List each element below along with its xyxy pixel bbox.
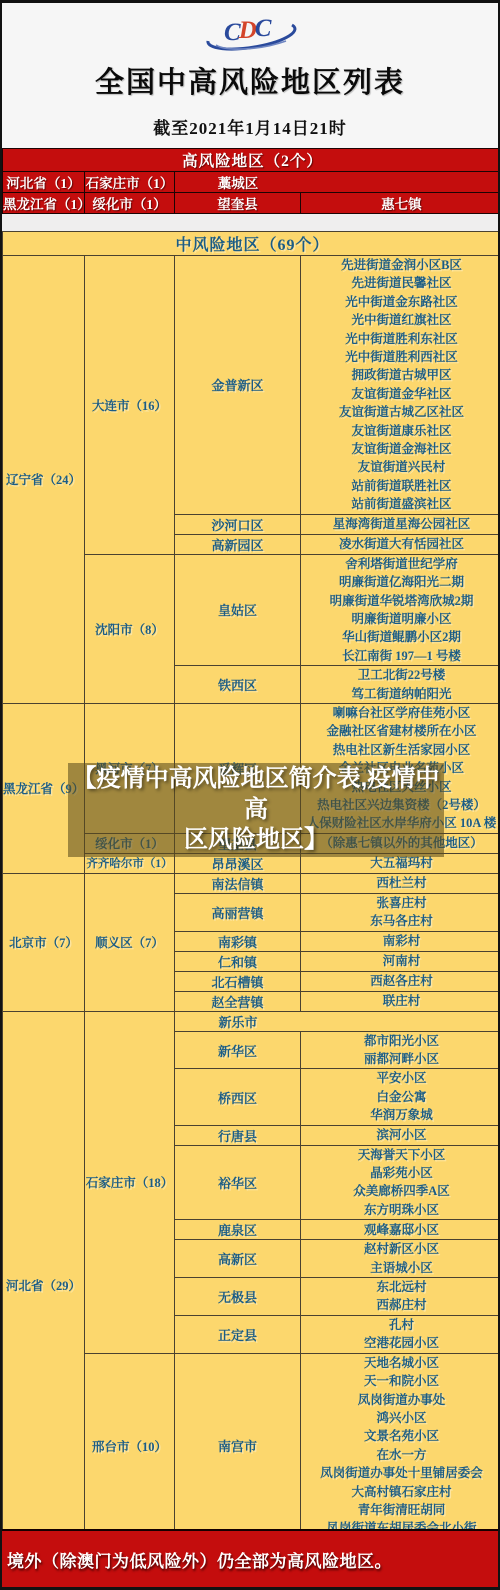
footer-note-text: 境外（除澳门为低风险外）仍全部为高风险地区。 <box>7 1547 392 1572</box>
place-line: 东方明珠小区 <box>301 1201 500 1219</box>
place-line: 张喜庄村 <box>301 894 500 912</box>
place-line: 西郝庄村 <box>301 1296 500 1314</box>
place-line: 众美廊桥四季A区 <box>301 1182 500 1200</box>
place-line: 舍利塔街道世纪学府 <box>301 555 500 573</box>
places-cell: 凌水街道大有恬园社区 <box>301 534 500 554</box>
place-line: 凌水街道大有恬园社区 <box>301 535 500 553</box>
place-line: 凤岗街道办事处 <box>301 1391 500 1409</box>
table-row: 河北省（29） 石家庄市（18） 新乐市 <box>3 1011 500 1031</box>
province-cell: 黑龙江省（1） <box>3 193 85 214</box>
district-cell: 新华区 <box>175 1031 301 1069</box>
district-cell: 南法信镇 <box>175 873 301 893</box>
city-cell: 沈阳市（8） <box>85 554 175 703</box>
province-cell: 河北省（1） <box>3 172 85 193</box>
place-line: 空港花园小区 <box>301 1334 500 1352</box>
high-risk-title-row: 高风险地区（2个） <box>3 149 500 172</box>
watermark-caption: 【疫情中高风险地区简介表,疫情中高 区风险地区】 <box>68 763 444 857</box>
place-line: 滨河小区 <box>301 1126 500 1144</box>
district-cell: 北石槽镇 <box>175 971 301 991</box>
district-cell: 沙河口区 <box>175 514 301 534</box>
district-cell: 裕华区 <box>175 1145 301 1220</box>
place-line: 光中街道胜利西社区 <box>301 348 500 366</box>
district-cell: 金普新区 <box>175 256 301 515</box>
table-row: 黑龙江省（1） 绥化市（1） 望奎县 惠七镇 <box>3 193 500 214</box>
page-title: 全国中高风险地区列表 <box>2 60 498 101</box>
place-line: 友谊街道古城乙区社区 <box>301 403 500 421</box>
medium-risk-title-row: 中风险地区（69个） <box>3 232 500 256</box>
table-row: 辽宁省（24） 大连市（16） 金普新区 先进街道金润小区B区先进街道民馨社区光… <box>3 256 500 515</box>
table-row: 河北省（1） 石家庄市（1） 藁城区 <box>3 172 500 193</box>
district-cell: 高新园区 <box>175 534 301 554</box>
place-line: 鸿兴小区 <box>301 1409 500 1427</box>
place-line: 光中街道胜利东社区 <box>301 330 500 348</box>
town-cell: 惠七镇 <box>301 193 500 214</box>
city-cell: 顺义区（7） <box>85 873 175 1011</box>
place-line: 笃工街道纳帕阳光 <box>301 685 500 703</box>
city-cell: 石家庄市（18） <box>85 1011 175 1353</box>
places-cell: 赵村新区小区主语城小区 <box>301 1240 500 1278</box>
places-cell: 天海誉天下小区晶彩苑小区众美廊桥四季A区东方明珠小区 <box>301 1145 500 1220</box>
place-line: 喇嘛台社区学府佳苑小区 <box>301 704 500 722</box>
places-cell: 观峰嘉邸小区 <box>301 1220 500 1240</box>
places-cell: 孔村空港花园小区 <box>301 1315 500 1353</box>
district-cell: 行唐县 <box>175 1125 301 1145</box>
place-line: 光中街道红旗社区 <box>301 311 500 329</box>
district-cell: 藁城区 <box>175 172 500 193</box>
place-line: 青年街清旺胡同 <box>301 1501 500 1519</box>
places-cell: 河南村 <box>301 951 500 971</box>
city-cell: 邢台市（10） <box>85 1353 175 1538</box>
places-cell: 卫工北街22号楼笃工街道纳帕阳光 <box>301 666 500 704</box>
place-line: 丽都河畔小区 <box>301 1050 500 1068</box>
place-line: 东马各庄村 <box>301 912 500 930</box>
place-line: 友谊街道兴民村 <box>301 458 500 476</box>
places-cell: 西杜兰村 <box>301 873 500 893</box>
place-line: 凤岗街道办事处十里铺居委会 <box>301 1464 500 1482</box>
medium-risk-title: 中风险地区（69个） <box>3 232 500 256</box>
place-line: 友谊街道康乐社区 <box>301 422 500 440</box>
province-cell: 北京市（7） <box>3 873 85 1011</box>
district-cell: 鹿泉区 <box>175 1220 301 1240</box>
place-line: 在水一方 <box>301 1446 500 1464</box>
place-line: 西杜兰村 <box>301 874 500 892</box>
district-cell: 南彩镇 <box>175 931 301 951</box>
district-cell: 无极县 <box>175 1278 301 1316</box>
place-line: 先进街道金润小区B区 <box>301 256 500 274</box>
province-cell: 河北省（29） <box>3 1011 85 1558</box>
as-of-date: 截至2021年1月14日21时 <box>2 114 498 139</box>
svg-text:CDC: CDC <box>224 15 272 46</box>
district-cell: 赵全营镇 <box>175 991 301 1011</box>
place-line: 卫工北街22号楼 <box>301 666 500 684</box>
place-line: 华山街道鲲鹏小区2期 <box>301 628 500 646</box>
district-cell: 高新区 <box>175 1240 301 1278</box>
district-cell: 桥西区 <box>175 1069 301 1125</box>
place-line: 白金公寓 <box>301 1088 500 1106</box>
table-row: 北京市（7） 顺义区（7） 南法信镇 西杜兰村 <box>3 873 500 893</box>
places-cell: 张喜庄村东马各庄村 <box>301 893 500 931</box>
place-line: 大高村镇石家庄村 <box>301 1483 500 1501</box>
place-line: 明廉街道华锐塔湾欣城2期 <box>301 592 500 610</box>
places-cell: 舍利塔街道世纪学府明廉街道亿海阳光二期明廉街道华锐塔湾欣城2期明廉街道明廉小区华… <box>301 554 500 665</box>
place-line: 友谊街道金华社区 <box>301 385 500 403</box>
district-cell: 高丽营镇 <box>175 893 301 931</box>
places-cell: 平安小区白金公寓华润万象城 <box>301 1069 500 1125</box>
district-cell: 望奎县 <box>175 193 301 214</box>
place-line: 主语城小区 <box>301 1259 500 1277</box>
place-line: 晶彩苑小区 <box>301 1164 500 1182</box>
section-divider <box>2 214 498 231</box>
place-line: 明廉街道明廉小区 <box>301 610 500 628</box>
places-cell: 滨河小区 <box>301 1125 500 1145</box>
cdc-logo: CDC <box>194 10 306 52</box>
place-line: 站前街道盛滨社区 <box>301 495 500 513</box>
places-cell: 天地名城小区天一和院小区凤岗街道办事处鸿兴小区文景名苑小区在水一方凤岗街道办事处… <box>301 1353 500 1538</box>
place-line: 河南村 <box>301 952 500 970</box>
district-cell: 仁和镇 <box>175 951 301 971</box>
place-line: 联庄村 <box>301 992 500 1010</box>
place-line: 西赵各庄村 <box>301 972 500 990</box>
risk-area-bulletin: CDC 全国中高风险地区列表 截至2021年1月14日21时 高风险地区（2个）… <box>0 0 500 1590</box>
place-line: 明廉街道亿海阳光二期 <box>301 573 500 591</box>
medium-risk-table: 中风险地区（69个） 辽宁省（24） 大连市（16） 金普新区 先进街道金润小区… <box>2 231 500 1559</box>
place-line: 观峰嘉邸小区 <box>301 1221 500 1239</box>
place-line: 先进街道民馨社区 <box>301 274 500 292</box>
places-cell: 东北远村西郝庄村 <box>301 1278 500 1316</box>
places-cell: 星海湾街道星海公园社区 <box>301 514 500 534</box>
place-line: 长江南街 197—1 号楼 <box>301 647 500 665</box>
places-cell: 先进街道金润小区B区先进街道民馨社区光中街道金东路社区光中街道红旗社区光中街道胜… <box>301 256 500 515</box>
place-line: 光中街道金东路社区 <box>301 293 500 311</box>
district-cell: 皇姑区 <box>175 554 301 665</box>
place-line: 孔村 <box>301 1316 500 1334</box>
place-line: 文景名苑小区 <box>301 1427 500 1445</box>
province-cell: 辽宁省（24） <box>3 256 85 704</box>
place-line: 星海湾街道星海公园社区 <box>301 515 500 533</box>
place-line: 都市阳光小区 <box>301 1032 500 1050</box>
place-line: 友谊街道金海社区 <box>301 440 500 458</box>
district-cell: 正定县 <box>175 1315 301 1353</box>
place-line: 东北远村 <box>301 1278 500 1296</box>
city-cell: 大连市（16） <box>85 256 175 555</box>
place-line: 天海誉天下小区 <box>301 1146 500 1164</box>
watermark-line: 【疫情中高风险地区简介表,疫情中高 <box>68 764 444 825</box>
places-cell: 联庄村 <box>301 991 500 1011</box>
watermark-line: 区风险地区】 <box>68 825 444 856</box>
city-cell: 绥化市（1） <box>85 193 175 214</box>
place-line: 天一和院小区 <box>301 1372 500 1390</box>
footer-note-bar: 境外（除澳门为低风险外）仍全部为高风险地区。 <box>2 1529 498 1587</box>
district-cell: 新乐市 <box>175 1011 500 1031</box>
place-line: 华润万象城 <box>301 1106 500 1124</box>
district-cell: 铁西区 <box>175 666 301 704</box>
place-line: 大五福玛村 <box>301 854 500 872</box>
place-line: 南彩村 <box>301 932 500 950</box>
place-line: 金融社区省建材楼所在小区 <box>301 722 500 740</box>
place-line: 站前街道联胜社区 <box>301 477 500 495</box>
place-line: 平安小区 <box>301 1069 500 1087</box>
high-risk-title: 高风险地区（2个） <box>3 149 500 172</box>
bulletin-header: CDC 全国中高风险地区列表 截至2021年1月14日21时 <box>2 10 498 148</box>
city-cell: 石家庄市（1） <box>85 172 175 193</box>
district-cell: 南宫市 <box>175 1353 301 1538</box>
place-line: 热电社区新生活家园小区 <box>301 741 500 759</box>
high-risk-table: 高风险地区（2个） 河北省（1） 石家庄市（1） 藁城区 黑龙江省（1） 绥化市… <box>2 148 500 214</box>
place-line: 拥政街道古城甲区 <box>301 366 500 384</box>
places-cell: 都市阳光小区丽都河畔小区 <box>301 1031 500 1069</box>
places-cell: 西赵各庄村 <box>301 971 500 991</box>
place-line: 赵村新区小区 <box>301 1240 500 1258</box>
place-line: 天地名城小区 <box>301 1354 500 1372</box>
places-cell: 南彩村 <box>301 931 500 951</box>
